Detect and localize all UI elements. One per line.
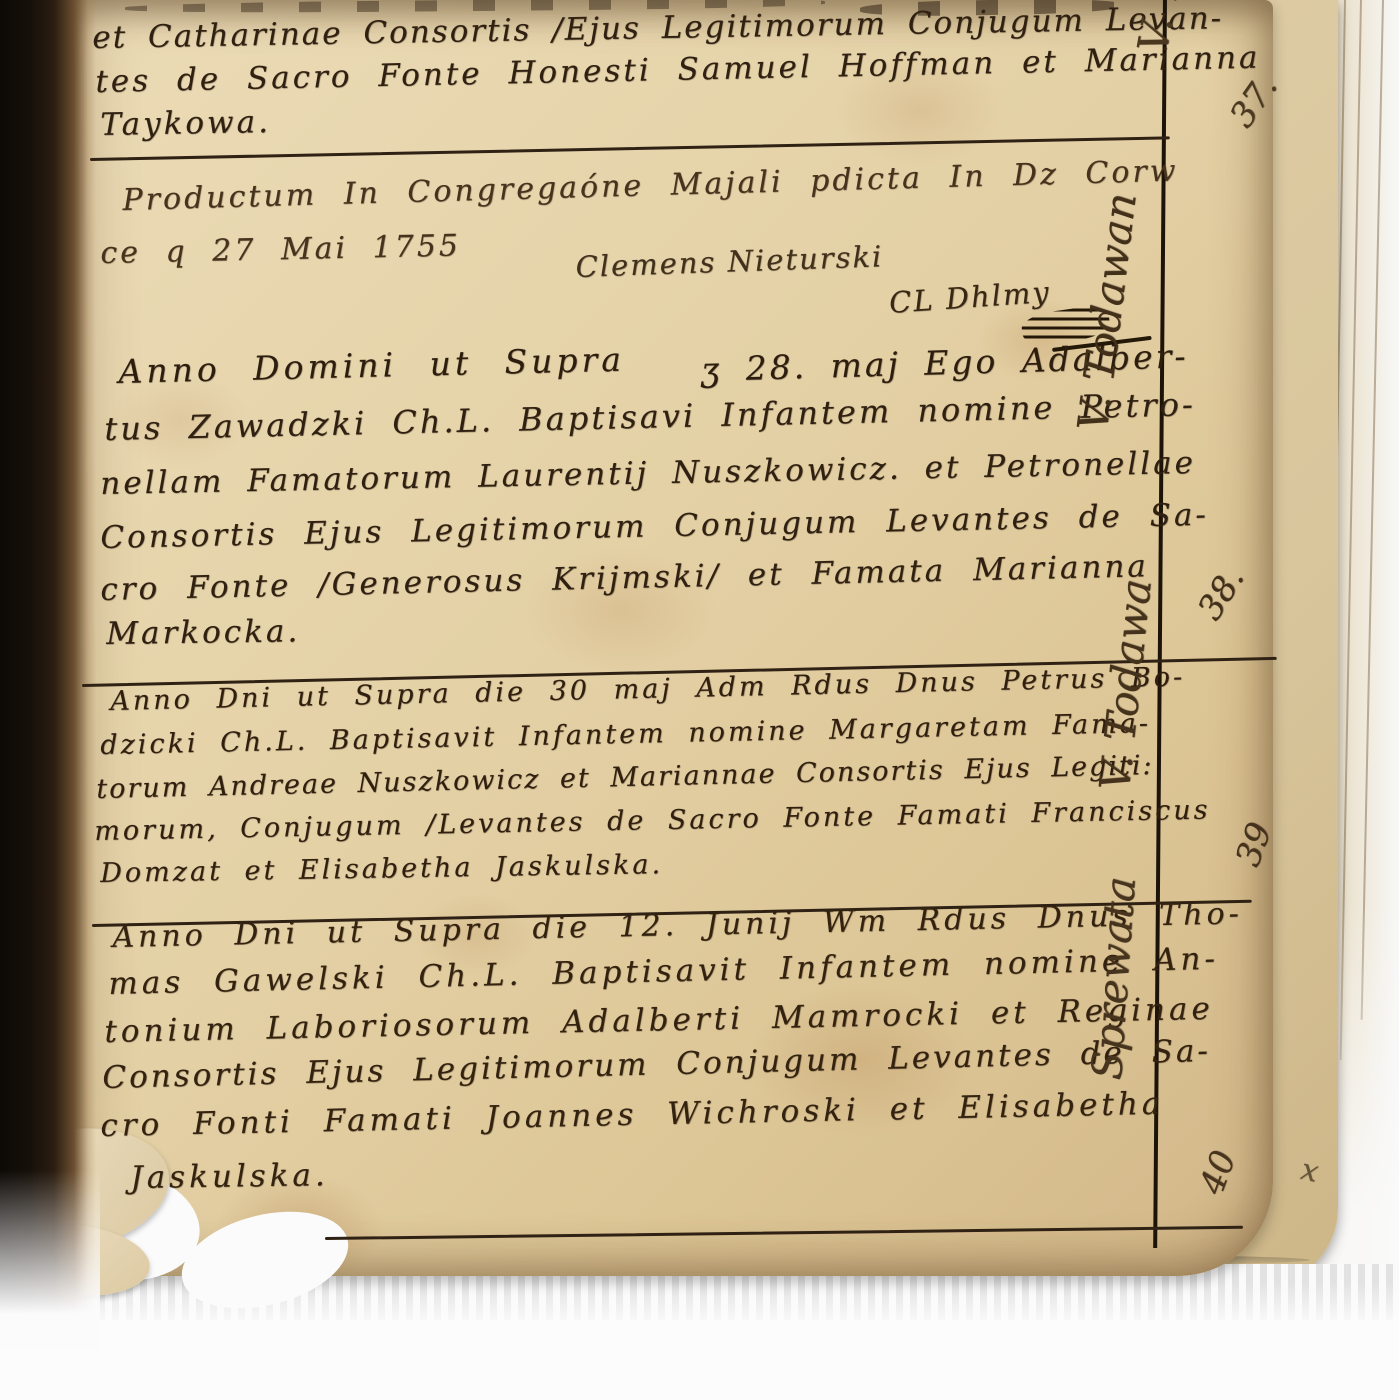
entry-40-line: Jaskulska.	[130, 1157, 329, 1196]
entry-37-line: Taykowa.	[100, 104, 271, 143]
book-gutter	[0, 0, 96, 1320]
entry-38-line: Markocka.	[106, 613, 300, 652]
scanned-register-page: x et Catharinae Consortis /Ejus Legitimo…	[0, 0, 1399, 1400]
scanner-background	[0, 1320, 1399, 1400]
book-gutter-fade	[0, 1170, 100, 1350]
